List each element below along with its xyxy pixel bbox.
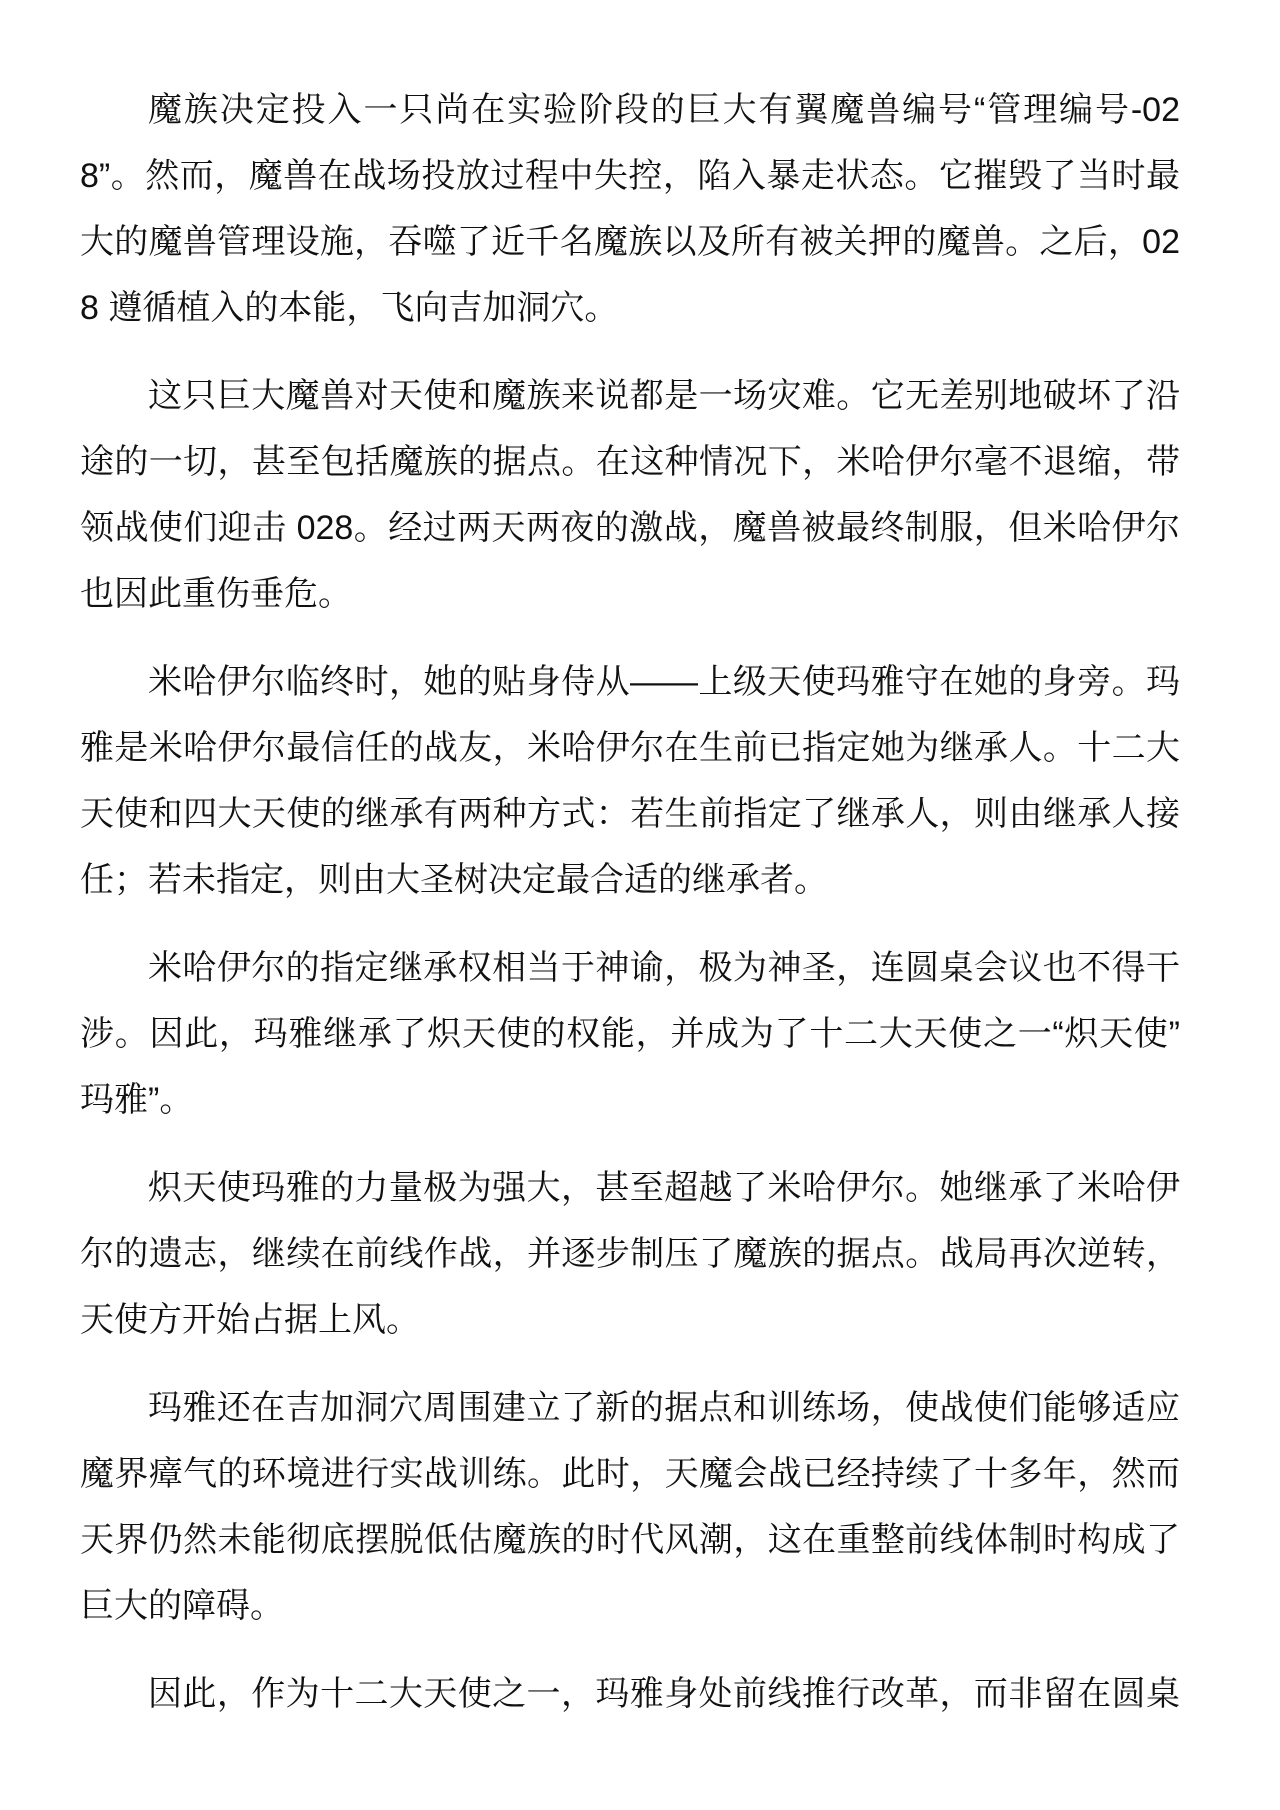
paragraph-7-truncated: 因此，作为十二大天使之一，玛雅身处前线推行改革，而非留在圆桌 — [80, 1661, 1180, 1727]
paragraph-6: 玛雅还在吉加洞穴周围建立了新的据点和训练场，使战使们能够适应魔界瘴气的环境进行实… — [80, 1375, 1180, 1639]
document-page: 魔族决定投入一只尚在实验阶段的巨大有翼魔兽编号“管理编号-028”。然而，魔兽在… — [0, 0, 1280, 1810]
paragraph-5: 炽天使玛雅的力量极为强大，甚至超越了米哈伊尔。她继承了米哈伊尔的遗志，继续在前线… — [80, 1155, 1180, 1353]
paragraph-4: 米哈伊尔的指定继承权相当于神谕，极为神圣，连圆桌会议也不得干涉。因此，玛雅继承了… — [80, 935, 1180, 1133]
paragraph-2: 这只巨大魔兽对天使和魔族来说都是一场灾难。它无差别地破坏了沿途的一切，甚至包括魔… — [80, 363, 1180, 627]
paragraph-1: 魔族决定投入一只尚在实验阶段的巨大有翼魔兽编号“管理编号-028”。然而，魔兽在… — [80, 77, 1180, 341]
paragraph-3: 米哈伊尔临终时，她的贴身侍从——上级天使玛雅守在她的身旁。玛雅是米哈伊尔最信任的… — [80, 649, 1180, 913]
